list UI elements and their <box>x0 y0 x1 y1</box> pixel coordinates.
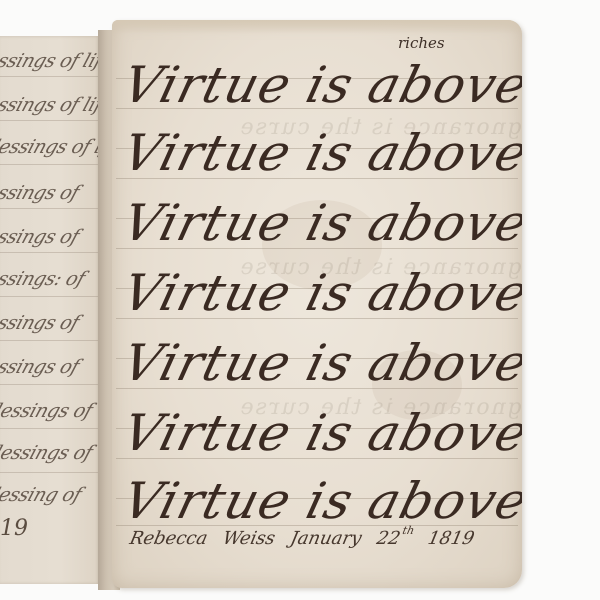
left-page: lessings of life lessings of life. bless… <box>0 36 100 584</box>
left-handwriting-line: lessings of life. <box>0 94 100 116</box>
copy-line: Virtue is above <box>118 60 522 110</box>
ruled-line <box>0 428 100 429</box>
left-handwriting-line: lessings of <box>0 182 100 204</box>
left-year-fragment: 19 <box>0 516 28 541</box>
left-handwriting-line: lessings of <box>0 356 100 378</box>
ruled-line <box>0 76 100 77</box>
ruled-line <box>0 296 100 297</box>
copy-line: Virtue is above <box>118 338 522 388</box>
signature-line: Rebecca Weiss January 22th 1819 <box>128 528 476 549</box>
left-handwriting-line: Blessings of <box>0 400 100 422</box>
signature-name: Rebecca Weiss <box>128 528 277 549</box>
copy-line: Virtue is above <box>118 268 522 318</box>
signature-day-suffix: th <box>401 524 415 537</box>
ruled-line <box>0 472 100 473</box>
ruled-line <box>0 208 100 209</box>
ruled-line <box>0 120 100 121</box>
copy-line: Virtue is above <box>118 198 522 248</box>
right-page: gnorance is the curse gnorance is the cu… <box>112 20 522 588</box>
copy-line: Virtue is above <box>118 128 522 178</box>
worn-page-edge <box>112 20 522 34</box>
copy-line: Virtue is above <box>118 408 522 458</box>
ruled-line <box>0 252 100 253</box>
copy-line: Virtue is above <box>118 476 522 526</box>
left-handwriting-line: lessings of <box>0 312 100 334</box>
header-word: riches <box>398 34 445 52</box>
signature-month: January <box>288 528 363 549</box>
left-handwriting-line: blessing of <box>0 484 100 506</box>
ruled-line <box>0 340 100 341</box>
left-handwriting-line: Blessings of <box>0 442 100 464</box>
left-handwriting-line: lessings of <box>0 226 100 248</box>
ruled-line <box>0 164 100 165</box>
copybook-photo: lessings of life lessings of life. bless… <box>0 0 600 600</box>
left-handwriting-line: blessings of ly <box>0 136 100 158</box>
signature-day: 22 <box>375 528 402 549</box>
ruled-line <box>0 384 100 385</box>
signature-year: 1819 <box>426 528 476 549</box>
left-handwriting-line: lessings of life <box>0 50 100 72</box>
left-handwriting-line: lessings: of <box>0 268 100 290</box>
